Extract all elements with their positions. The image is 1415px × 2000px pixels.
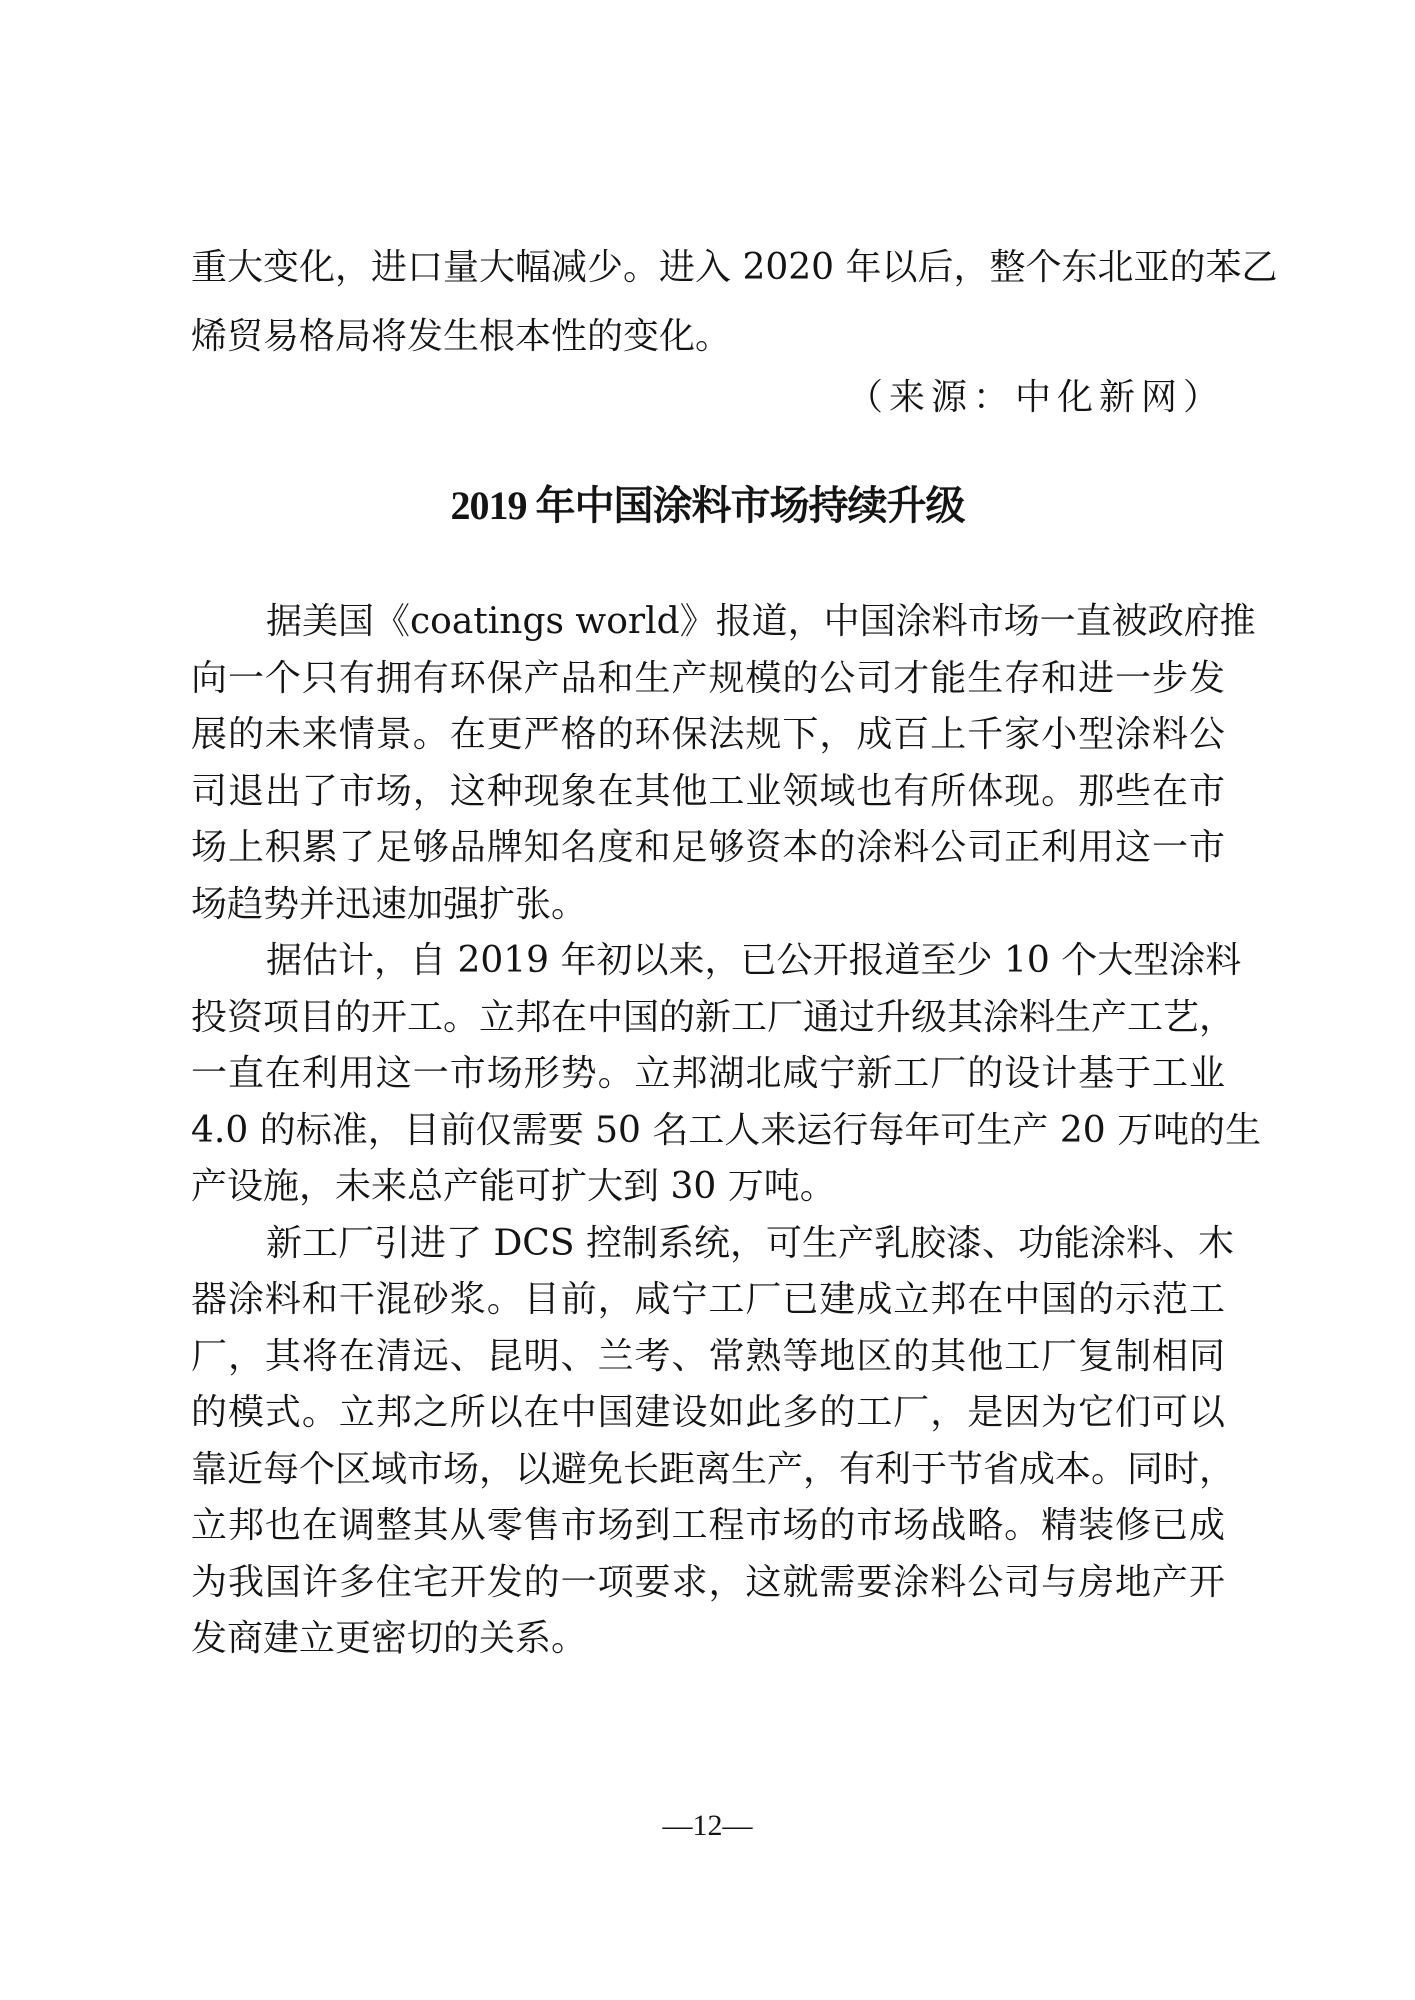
text-line: 场上积累了足够品牌知名度和足够资本的涂料公司正利用这一市 [191, 826, 1225, 870]
document-page: 重大变化，进口量大幅减少。进入 2020 年以后，整个东北亚的苯乙 烯贸易格局将… [0, 0, 1415, 2000]
text-line: 司退出了市场，这种现象在其他工业领域也有所体现。那些在市 [191, 770, 1225, 814]
text-line: 展的未来情景。在更严格的环保法规下，成百上千家小型涂料公 [191, 713, 1225, 757]
text-line: 的模式。立邦之所以在中国建设如此多的工厂，是因为它们可以 [191, 1391, 1225, 1435]
source-attribution: （来源：中化新网） [847, 376, 1225, 420]
text-line: 产设施，未来总产能可扩大到 30 万吨。 [191, 1165, 1225, 1209]
text-line: 场趋势并迅速加强扩张。 [191, 883, 1225, 927]
text-line: 发商建立更密切的关系。 [191, 1617, 1225, 1661]
text-line: 厂，其将在清远、昆明、兰考、常熟等地区的其他工厂复制相同 [191, 1335, 1225, 1379]
text-line: 向一个只有拥有环保产品和生产规模的公司才能生存和进一步发 [191, 657, 1225, 701]
text-line: 靠近每个区域市场，以避免长距离生产，有利于节省成本。同时， [191, 1448, 1225, 1492]
text-line: 立邦也在调整其从零售市场到工程市场的市场战略。精装修已成 [191, 1504, 1225, 1548]
text-line: 重大变化，进口量大幅减少。进入 2020 年以后，整个东北亚的苯乙 [191, 246, 1225, 290]
text-line: 据估计，自 2019 年初以来，已公开报道至少 10 个大型涂料 [266, 939, 1225, 983]
text-line: 一直在利用这一市场形势。立邦湖北咸宁新工厂的设计基于工业 [191, 1052, 1225, 1096]
article-title: 2019 年中国涂料市场持续升级 [0, 482, 1415, 530]
text-line: 新工厂引进了 DCS 控制系统，可生产乳胶漆、功能涂料、木 [266, 1222, 1225, 1266]
text-line: 烯贸易格局将发生根本性的变化。 [191, 315, 1225, 359]
text-line: 为我国许多住宅开发的一项要求，这就需要涂料公司与房地产开 [191, 1561, 1225, 1605]
text-line: 据美国《coatings world》报道，中国涂料市场一直被政府推 [266, 600, 1225, 644]
text-line: 4.0 的标准，目前仅需要 50 名工人来运行每年可生产 20 万吨的生 [191, 1109, 1225, 1153]
text-line: 投资项目的开工。立邦在中国的新工厂通过升级其涂料生产工艺， [191, 996, 1225, 1040]
text-line: 器涂料和干混砂浆。目前，咸宁工厂已建成立邦在中国的示范工 [191, 1278, 1225, 1322]
page-number: —12— [0, 1808, 1415, 1844]
